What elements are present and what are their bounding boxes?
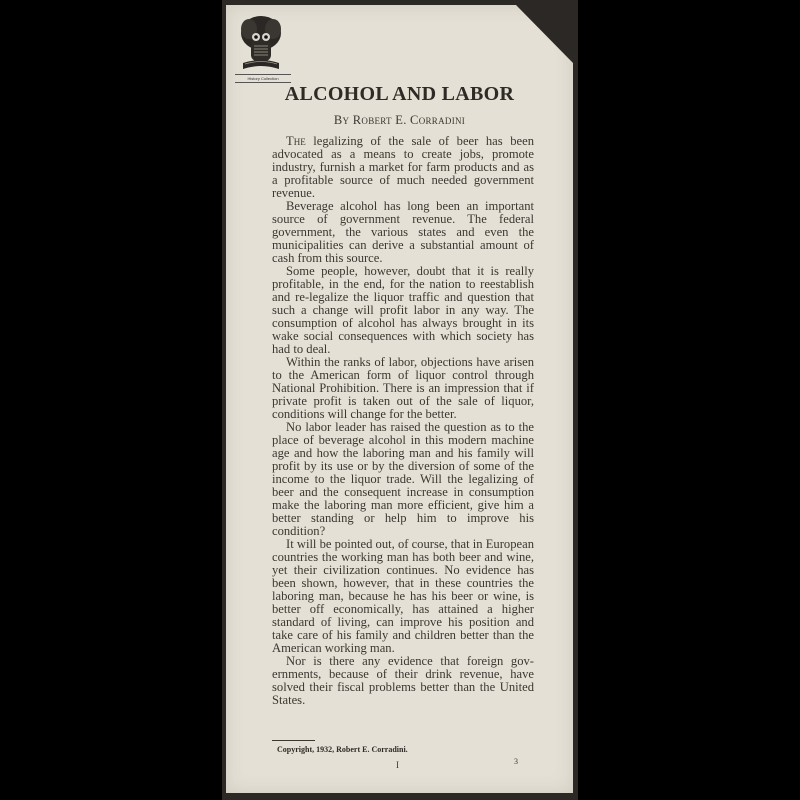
document-title: ALCOHOL AND LABOR [226, 83, 573, 106]
paragraph-text: legalizing of the sale of beer has been … [272, 134, 534, 200]
paragraph: Beverage alcohol has long been an import… [272, 200, 534, 265]
paragraph-lead: The [286, 134, 306, 148]
paragraph-text: Some people, however, doubt that it is r… [272, 264, 534, 356]
paragraph: It will be pointed out, of course, that … [272, 538, 534, 655]
article-body: The legalizing of the sale of beer has b… [272, 135, 534, 707]
logo-caption: History Collection [235, 74, 291, 83]
owl-on-book-icon [239, 13, 283, 83]
paragraph-text: Nor is there any evidence that foreign g… [272, 654, 534, 707]
footnote-rule [272, 740, 315, 741]
paragraph: No labor leader has raised the question … [272, 421, 534, 538]
signature-mark: 3 [514, 757, 518, 766]
page-number: I [396, 760, 399, 770]
paragraph: Within the ranks of labor, objections ha… [272, 356, 534, 421]
byline: By Robert E. Corradini [226, 113, 573, 128]
paragraph-text: No labor leader has raised the question … [272, 420, 534, 538]
paragraph-text: It will be pointed out, of course, that … [272, 537, 534, 655]
paragraph-text: Beverage alcohol has long been an import… [272, 199, 534, 265]
paragraph: Some people, however, doubt that it is r… [272, 265, 534, 356]
paragraph: Nor is there any evidence that foreign g… [272, 655, 534, 707]
document-page: History Collection ALCOHOL AND LABOR By … [226, 5, 573, 793]
paragraph-text: Within the ranks of labor, objections ha… [272, 355, 534, 421]
paragraph: The legalizing of the sale of beer has b… [272, 135, 534, 200]
copyright-footnote: Copyright, 1932, Robert E. Corradini. [277, 745, 408, 754]
